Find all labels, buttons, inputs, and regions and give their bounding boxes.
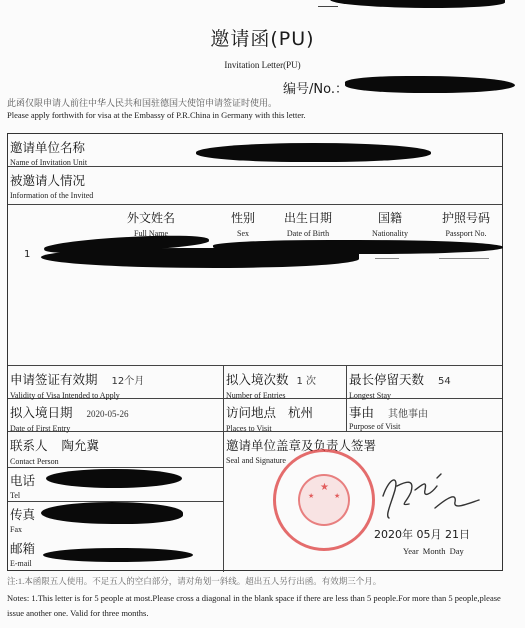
star-icon: ★ [334, 492, 340, 500]
visa-validity-label-en: Validity of Visa Intended to Apply [10, 391, 144, 400]
invitee-row-index: 1 [24, 249, 30, 260]
tel-label-cn: 电话 [10, 471, 35, 489]
purpose-value: 其他事由 [388, 409, 428, 420]
page-title: 邀请函(PU) [0, 24, 525, 51]
invitee-section-label-en: Information of the Invited [10, 191, 93, 200]
divider-line [375, 258, 399, 259]
divider-line [223, 365, 224, 572]
notes-text-en: Notes: 1.This letter is for 5 people at … [7, 591, 507, 621]
seal-label-cn: 邀请单位盖章及负责人签署 [226, 436, 376, 454]
intro-text-cn: 此函仅限申请人前往中华人民共和国驻德国大使馆申请签证时使用。 [7, 96, 277, 109]
intro-text-en: Please apply forthwith for visa at the E… [7, 110, 306, 120]
contact-person-value: 陶允冀 [62, 438, 100, 453]
places-label-en: Places to Visit [226, 424, 313, 433]
inviting-unit-label-cn: 邀请单位名称 [10, 138, 87, 156]
star-icon: ★ [308, 492, 314, 500]
contact-person-label-en: Contact Person [10, 457, 99, 466]
entries-label-cn: 拟入境次数 [226, 372, 289, 387]
invitee-section-label-cn: 被邀请人情况 [10, 171, 93, 189]
star-icon: ★ [320, 482, 329, 493]
places-value: 杭州 [288, 405, 313, 420]
entries-label-en: Number of Entries [226, 391, 316, 400]
email-label-cn: 邮箱 [10, 539, 35, 557]
purpose-label-cn: 事由 [349, 405, 374, 420]
tel-label-en: Tel [10, 491, 35, 500]
longest-stay-value: 54 [438, 376, 451, 387]
places-label-cn: 访问地点 [226, 405, 276, 420]
redaction-mark [41, 502, 183, 524]
redaction-mark [196, 143, 431, 162]
redaction-mark [345, 76, 515, 93]
inviting-unit-label-en: Name of Invitation Unit [10, 158, 87, 167]
notes-text-cn: 注:1.本函限五人使用。不足五人的空白部分，请对角划一斜线。超出五人另行出函。有… [7, 575, 381, 587]
divider-line [8, 204, 502, 205]
redaction-mark [46, 469, 182, 488]
column-header-full-name: 外文姓名 Full Name [96, 209, 206, 238]
visa-validity-label-cn: 申请签证有效期 [10, 372, 98, 387]
divider-line [346, 365, 347, 431]
redaction-mark [213, 240, 503, 254]
fax-label-en: Fax [10, 525, 35, 534]
official-seal: ★ ★ ★ [273, 449, 375, 551]
first-entry-value: 2020-05-26 [87, 409, 129, 419]
longest-stay-label-en: Longest Stay [349, 391, 451, 400]
first-entry-label-en: Date of First Entry [10, 424, 129, 433]
entries-value: 1 次 [297, 376, 317, 387]
fax-label-cn: 传真 [10, 505, 35, 523]
page-subtitle: Invitation Letter(PU) [0, 60, 525, 70]
divider-line [439, 258, 489, 259]
divider-line [8, 365, 502, 366]
redaction-mark [43, 548, 193, 562]
redaction-mark [330, 0, 505, 8]
letter-number-label: 编号/No.： [283, 82, 348, 97]
column-header-dob: 出生日期 Date of Birth [273, 209, 343, 238]
longest-stay-label-cn: 最长停留天数 [349, 372, 424, 387]
first-entry-label-cn: 拟入境日期 [10, 405, 73, 420]
purpose-label-en: Purpose of Visit [349, 422, 428, 431]
letter-number: 编号/No.： [283, 78, 348, 97]
email-label-en: E-mail [10, 559, 35, 568]
column-header-sex: 性别 Sex [223, 209, 263, 238]
column-header-passport: 护照号码 Passport No. [433, 209, 499, 238]
column-header-nationality: 国籍 Nationality [360, 209, 420, 238]
visa-validity-value: 12个月 [112, 376, 145, 387]
signature-date-label-en: Year Month Day [403, 546, 470, 556]
contact-person-label-cn: 联系人 [10, 438, 48, 453]
divider-line [8, 467, 223, 468]
divider-line [318, 6, 338, 7]
handwritten-signature [375, 468, 485, 528]
signature-date: 2020年 05月 21日 [374, 526, 470, 542]
